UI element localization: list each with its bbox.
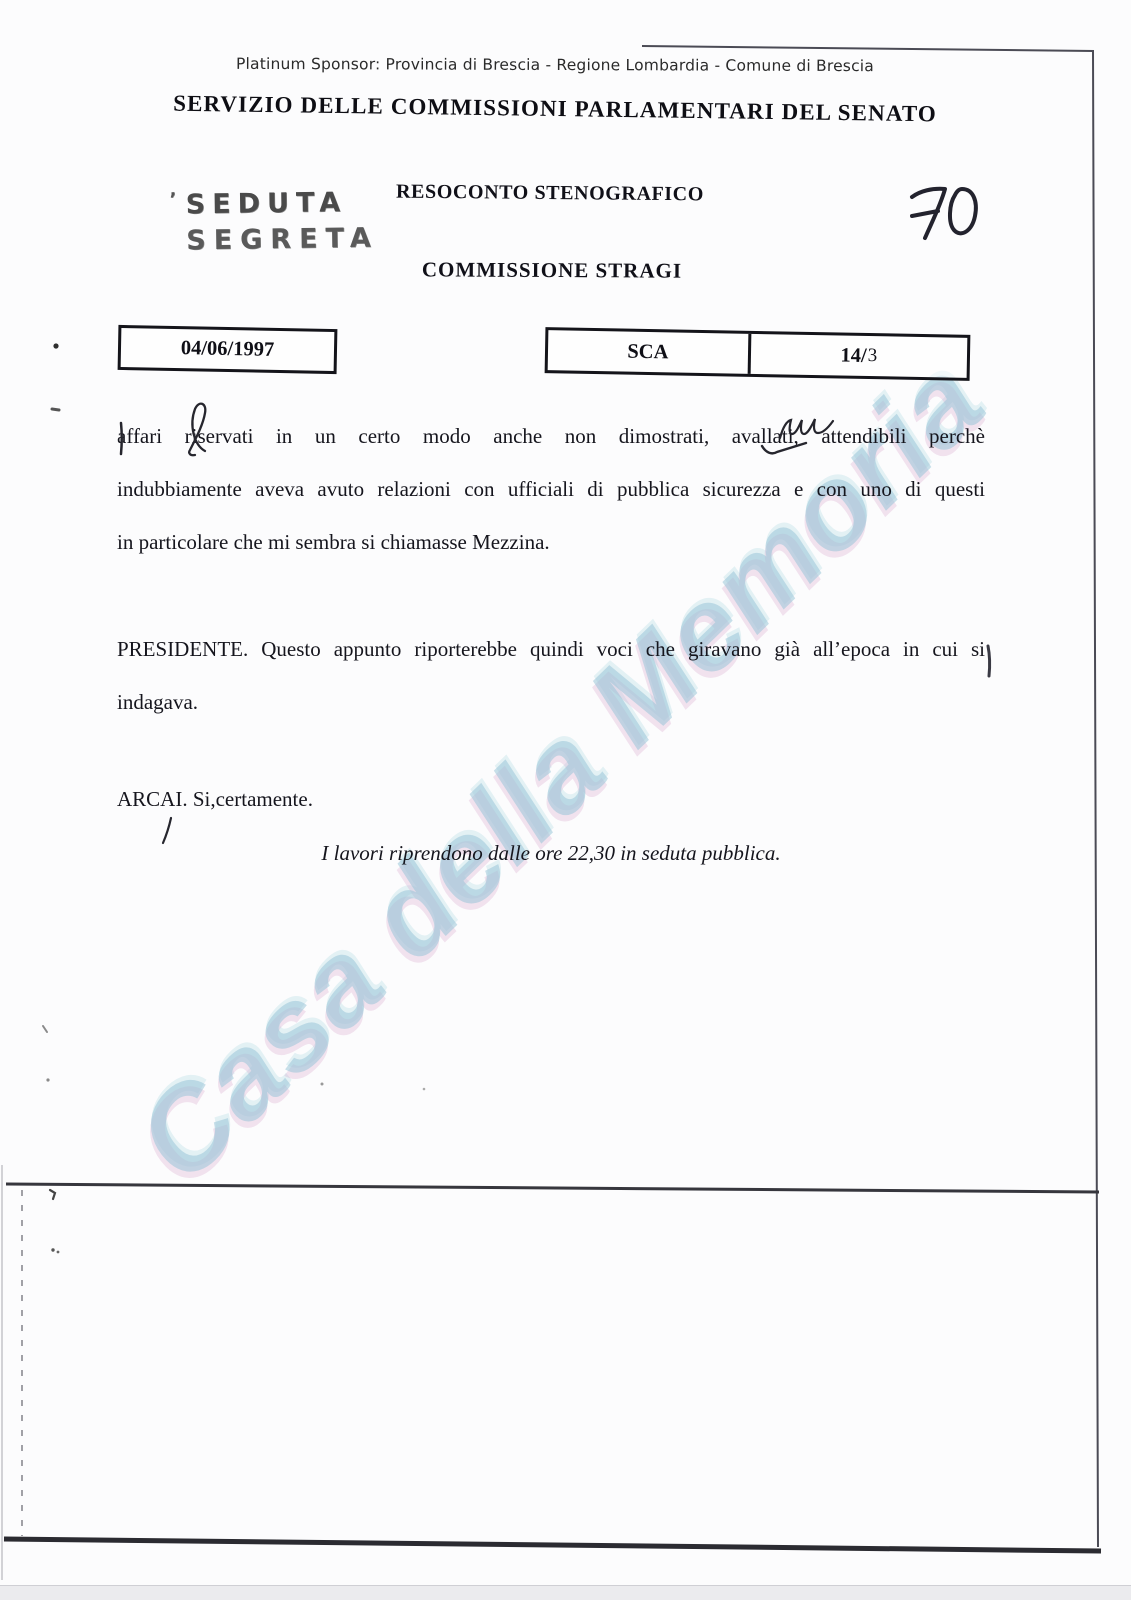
pen-mark-right-margin: [988, 646, 990, 676]
date-box: 04/06/1997: [118, 325, 338, 374]
transcript-line: in particolare che mi sembra si chiamass…: [117, 530, 985, 555]
transcript-line: indubbiamente aveva avuto relazioni con …: [117, 477, 985, 527]
page-title: SERVIZIO DELLE COMMISSIONI PARLAMENTARI …: [0, 88, 1110, 129]
word-riservati-initial: r: [185, 424, 192, 448]
speck-squiggle: [50, 1190, 55, 1199]
transcript-line-arcai: ARCAI. Si,certamente.: [117, 787, 985, 812]
word-perche: perchè: [929, 424, 985, 448]
speck: [51, 1248, 54, 1251]
word-affari-initial: a: [117, 424, 126, 448]
scanned-document-page: { "document": { "sponsor_line": "Platinu…: [0, 0, 1131, 1600]
committee-title: COMMISSIONE STRAGI: [0, 255, 1104, 286]
scan-bottom-strip: [0, 1585, 1131, 1600]
speck: [46, 1078, 49, 1081]
speck: [57, 1251, 60, 1254]
speck-dash: [52, 409, 59, 410]
sponsor-line: Platinum Sponsor: Provincia di Brescia -…: [0, 54, 1110, 76]
code-value: SCA: [627, 340, 668, 364]
word-affari-rest: ffari: [126, 424, 184, 448]
closing-line: I lavori riprendono dalle ore 22,30 in s…: [117, 841, 985, 866]
line1-middle-text: iservati in un certo modo anche non dimo…: [192, 424, 822, 448]
ref-box: 14/3: [750, 334, 967, 378]
line-text: ARCAI. Si,certamente.: [117, 787, 313, 811]
line-text: PRESIDENTE. Questo appunto riporterebbe …: [117, 637, 985, 661]
transcript-line-presidente: PRESIDENTE. Questo appunto riporterebbe …: [117, 637, 985, 687]
line-text: indubbiamente aveva avuto relazioni con …: [117, 477, 985, 501]
page-edge-bottom-line: [4, 1539, 1101, 1551]
speck-dot: [53, 343, 58, 348]
date-value: 04/06/1997: [181, 337, 275, 362]
line-text: in particolare che mi sembra si chiamass…: [117, 530, 550, 554]
speck: [423, 1088, 426, 1091]
code-boxes: SCA 14/3: [545, 327, 971, 381]
word-attendibili: attendibili: [821, 424, 929, 448]
code-box-sca: SCA: [548, 330, 751, 374]
stamp-line-2: SEGRETA: [186, 221, 379, 260]
handwritten-comma-slash: [163, 818, 171, 843]
speck: [43, 1026, 47, 1032]
line-text: I lavori riprendono dalle ore 22,30 in s…: [321, 841, 780, 865]
transcript-line: affari riservati in un certo modo anche …: [117, 424, 985, 474]
subtitle-resoconto: RESOCONTO STENOGRAFICO: [0, 177, 1100, 210]
line-text: indagava.: [117, 690, 198, 714]
ref-value-bold: 14/: [840, 344, 867, 367]
ref-value-light: 3: [867, 345, 877, 367]
transcript-line: indagava.: [117, 690, 985, 715]
